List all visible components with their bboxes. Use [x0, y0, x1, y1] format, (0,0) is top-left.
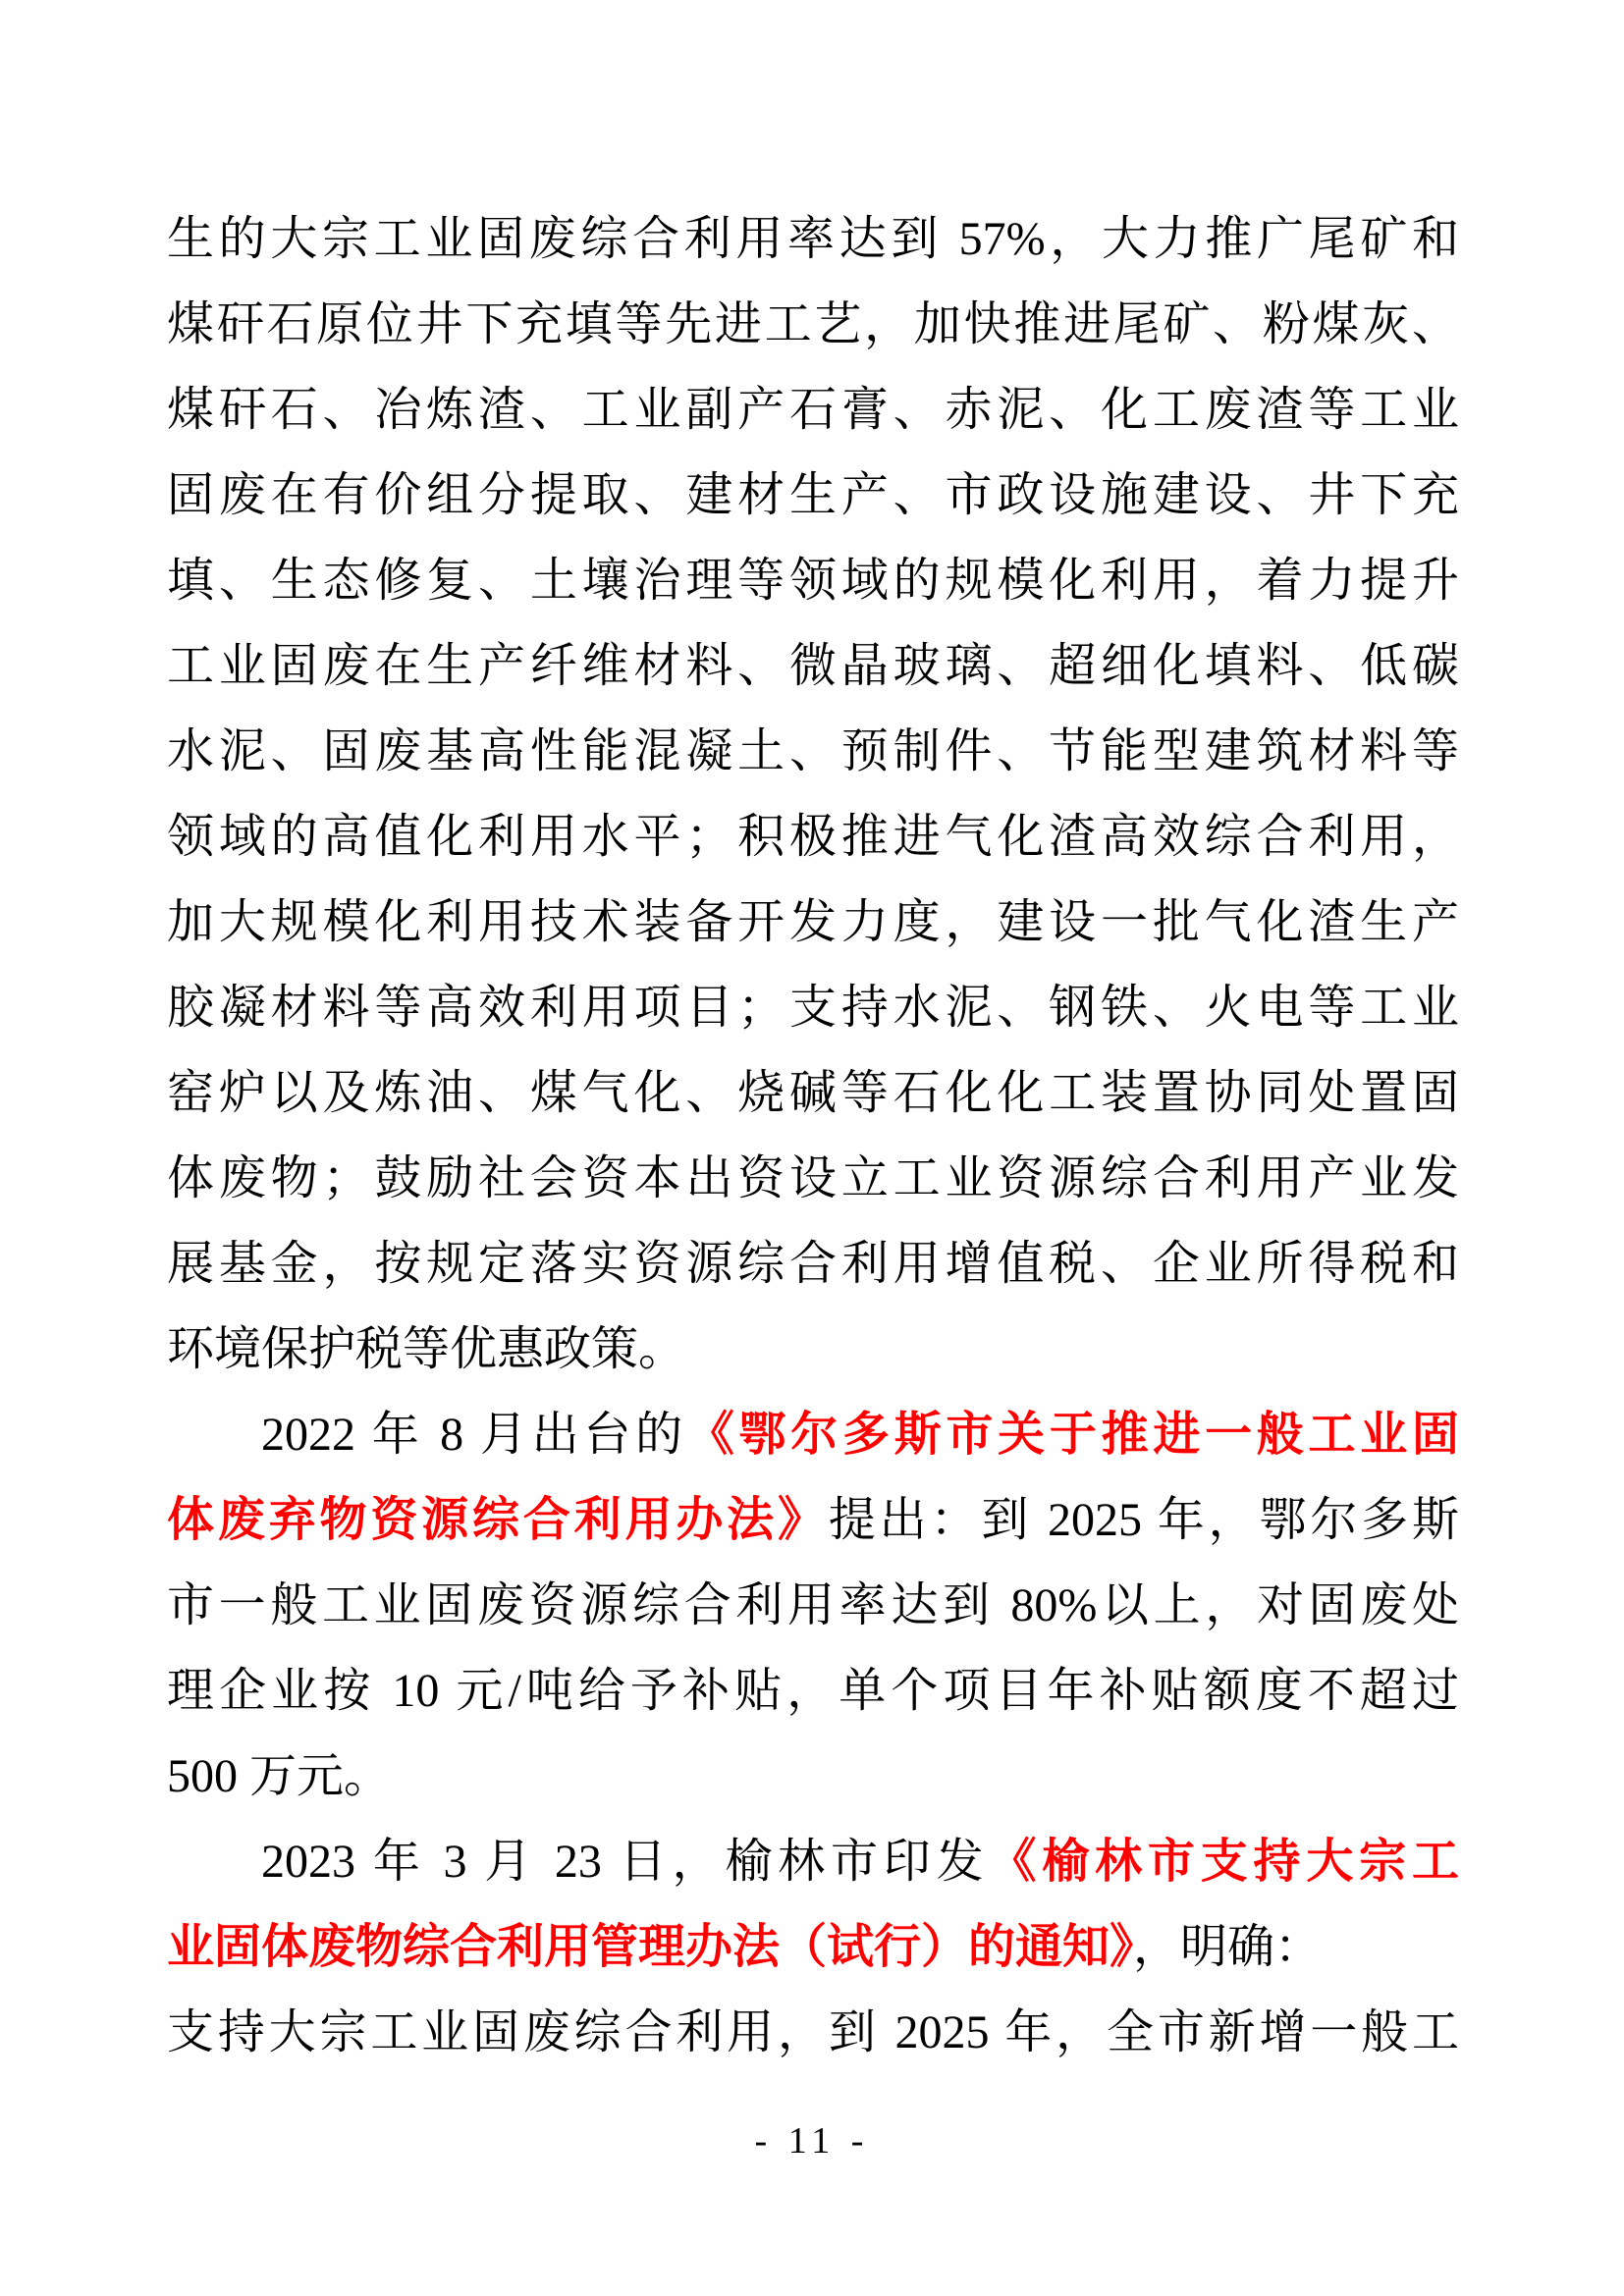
text-line: 理企业按 10 元/吨给予补贴，单个项目年补贴额度不超过: [167, 1648, 1459, 1734]
text-segment: 加大规模化利用技术装备开发力度，建设一批气化渣生产: [167, 896, 1459, 948]
text-segment: 体废物；鼓励社会资本出资设立工业资源综合利用产业发: [167, 1152, 1459, 1204]
text-segment: 理企业按 10 元/吨给予补贴，单个项目年补贴额度不超过: [167, 1665, 1459, 1717]
text-line: 加大规模化利用技术装备开发力度，建设一批气化渣生产: [167, 880, 1459, 965]
document-page: 生的大宗工业固废综合利用率达到 57%，大力推广尾矿和 煤矸石原位井下充填等先进…: [0, 0, 1624, 2296]
text-segment: 2022 年 8 月出台的: [261, 1409, 687, 1461]
body-text: 生的大宗工业固废综合利用率达到 57%，大力推广尾矿和 煤矸石原位井下充填等先进…: [167, 196, 1459, 2075]
text-line: 固废在有价组分提取、建材生产、市政设施建设、井下充: [167, 453, 1459, 538]
policy-title-highlight: 业固体废物综合利用管理办法（试行）的通知》: [167, 1921, 1133, 1973]
text-segment: 2023 年 3 月 23 日，榆林市印发: [261, 1836, 989, 1888]
policy-title-highlight: 《鄂尔多斯市关于推进一般工业固: [687, 1409, 1459, 1461]
page-number: - 11 -: [0, 2116, 1624, 2165]
text-line: 煤矸石原位井下充填等先进工艺，加快推进尾矿、粉煤灰、: [167, 282, 1459, 367]
text-segment: 领域的高值化利用水平；积极推进气化渣高效综合利用，: [167, 811, 1459, 863]
text-line: 环境保护税等优惠政策。: [167, 1307, 1459, 1392]
text-line: 展基金，按规定落实资源综合利用增值税、企业所得税和: [167, 1221, 1459, 1307]
text-line: 业固体废物综合利用管理办法（试行）的通知》，明确：: [167, 1904, 1459, 1990]
text-segment: 胶凝材料等高效利用项目；支持水泥、钢铁、火电等工业: [167, 982, 1459, 1034]
text-segment: ，明确：: [1133, 1921, 1322, 1973]
text-segment: 生的大宗工业固废综合利用率达到 57%，大力推广尾矿和: [167, 213, 1459, 265]
text-segment: 煤矸石原位井下充填等先进工艺，加快推进尾矿、粉煤灰、: [167, 298, 1459, 350]
policy-title-highlight: 《榆林市支持大宗工: [989, 1836, 1459, 1888]
text-line: 煤矸石、冶炼渣、工业副产石膏、赤泥、化工废渣等工业: [167, 367, 1459, 453]
text-line: 生的大宗工业固废综合利用率达到 57%，大力推广尾矿和: [167, 196, 1459, 282]
text-segment: 水泥、固废基高性能混凝土、预制件、节能型建筑材料等: [167, 725, 1459, 777]
text-segment: 市一般工业固废资源综合利用率达到 80%以上，对固废处: [167, 1579, 1459, 1631]
policy-title-highlight: 体废弃物资源综合利用办法》: [167, 1494, 829, 1546]
text-segment: 展基金，按规定落实资源综合利用增值税、企业所得税和: [167, 1238, 1459, 1290]
text-segment: 填、生态修复、土壤治理等领域的规模化利用，着力提升: [167, 555, 1459, 607]
text-segment: 窑炉以及炼油、煤气化、烧碱等石化化工装置协同处置固: [167, 1067, 1459, 1119]
text-line: 2023 年 3 月 23 日，榆林市印发《榆林市支持大宗工: [167, 1819, 1459, 1904]
text-line: 水泥、固废基高性能混凝土、预制件、节能型建筑材料等: [167, 709, 1459, 794]
text-line: 支持大宗工业固废综合利用，到 2025 年，全市新增一般工: [167, 1990, 1459, 2075]
text-line: 2022 年 8 月出台的《鄂尔多斯市关于推进一般工业固: [167, 1392, 1459, 1477]
text-segment: 500 万元。: [167, 1750, 391, 1802]
text-line: 体废弃物资源综合利用办法》提出：到 2025 年，鄂尔多斯: [167, 1477, 1459, 1563]
text-segment: 环境保护税等优惠政策。: [167, 1323, 685, 1375]
text-segment: 工业固废在生产纤维材料、微晶玻璃、超细化填料、低碳: [167, 640, 1459, 692]
text-line: 工业固废在生产纤维材料、微晶玻璃、超细化填料、低碳: [167, 623, 1459, 709]
text-segment: 固废在有价组分提取、建材生产、市政设施建设、井下充: [167, 469, 1459, 521]
text-segment: 煤矸石、冶炼渣、工业副产石膏、赤泥、化工废渣等工业: [167, 384, 1459, 436]
text-line: 500 万元。: [167, 1734, 1459, 1819]
text-segment: 支持大宗工业固废综合利用，到 2025 年，全市新增一般工: [167, 2006, 1459, 2058]
text-line: 体废物；鼓励社会资本出资设立工业资源综合利用产业发: [167, 1136, 1459, 1221]
text-line: 领域的高值化利用水平；积极推进气化渣高效综合利用，: [167, 794, 1459, 880]
text-line: 胶凝材料等高效利用项目；支持水泥、钢铁、火电等工业: [167, 965, 1459, 1050]
text-line: 填、生态修复、土壤治理等领域的规模化利用，着力提升: [167, 538, 1459, 623]
text-line: 市一般工业固废资源综合利用率达到 80%以上，对固废处: [167, 1563, 1459, 1648]
text-line: 窑炉以及炼油、煤气化、烧碱等石化化工装置协同处置固: [167, 1050, 1459, 1136]
text-segment: 提出：到 2025 年，鄂尔多斯: [829, 1494, 1459, 1546]
